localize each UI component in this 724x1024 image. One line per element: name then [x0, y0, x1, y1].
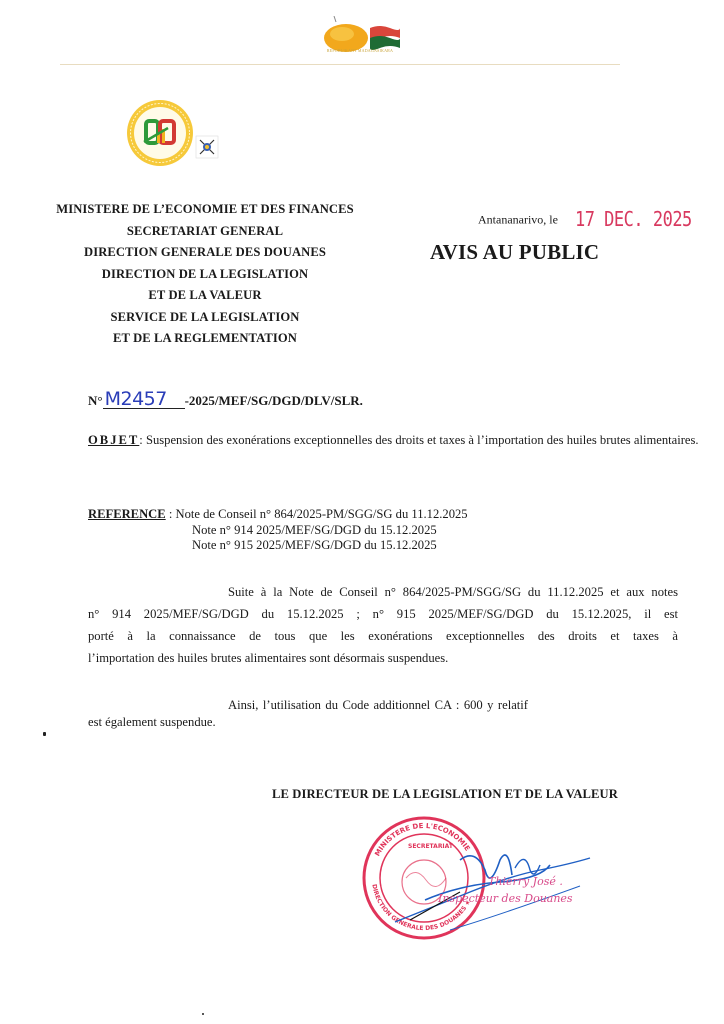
emblem-caption: REPOBLIKAN'I MADAGASIKARA	[300, 48, 420, 53]
signatory-title: LE DIRECTEUR DE LA LEGISLATION ET DE LA …	[272, 787, 618, 802]
objet-label: OBJET	[88, 433, 139, 447]
header-line-dgd: DIRECTION GENERALE DES DOUANES	[30, 242, 380, 264]
reference-label: REFERENCE	[88, 507, 166, 521]
signer-name: Thierry José .	[488, 875, 563, 888]
document-title: AVIS AU PUBLIC	[430, 240, 599, 265]
date-stamp: 17 DEC. 2025	[575, 208, 692, 232]
header-line-service: SERVICE DE LA LEGISLATION	[30, 307, 380, 329]
ref-handwritten-number: M2457	[103, 390, 185, 409]
reference-separator: :	[166, 507, 176, 521]
body-line: Suite à la Note de Conseil n° 864/2025-P…	[88, 581, 678, 603]
body-line: l’importation des huiles brutes alimenta…	[88, 647, 678, 669]
objet-separator: :	[139, 433, 146, 447]
scan-speck	[43, 732, 46, 736]
ref-prefix: N°	[88, 393, 103, 408]
reference-item: Note n° 915 2025/MEF/SG/DGD du 15.12.202…	[88, 538, 468, 554]
header-line-ministry: MINISTERE DE L’ECONOMIE ET DES FINANCES	[30, 199, 380, 221]
ref-suffix: -2025/MEF/SG/DGD/DLV/SLR.	[185, 393, 363, 408]
place-label: Antananarivo, le	[478, 213, 558, 227]
reference-item: Note de Conseil n° 864/2025-PM/SGG/SG du…	[175, 507, 467, 521]
objet-section: OBJET: Suspension des exonérations excep…	[88, 433, 724, 448]
signer-role: Inspecteur des Douanes	[438, 892, 573, 905]
header-line-direction: DIRECTION DE LA LEGISLATION	[30, 264, 380, 286]
header-line-service-cont: ET DE LA REGLEMENTATION	[30, 328, 380, 350]
body-line: n° 914 2025/MEF/SG/DGD du 15.12.2025 ; n…	[88, 603, 678, 625]
ministry-logo	[124, 98, 214, 166]
body-paragraph-1: Suite à la Note de Conseil n° 864/2025-P…	[88, 581, 678, 669]
issuing-authority-header: MINISTERE DE L’ECONOMIE ET DES FINANCES …	[30, 199, 380, 350]
body-paragraph-2: Ainsi, l’utilisation du Code additionnel…	[88, 697, 528, 731]
letterhead-divider	[60, 64, 620, 65]
references-section: REFERENCE : Note de Conseil n° 864/2025-…	[88, 507, 468, 554]
place-date: Antananarivo, le 17 DEC. 2025	[478, 210, 692, 230]
header-line-direction-cont: ET DE LA VALEUR	[30, 285, 380, 307]
objet-text: Suspension des exonérations exceptionnel…	[146, 433, 699, 447]
reference-item: Note n° 914 2025/MEF/SG/DGD du 15.12.202…	[88, 523, 468, 539]
scan-speck	[202, 1013, 204, 1015]
body-line: porté à la connaissance de tous que les …	[88, 625, 678, 647]
header-line-secretariat: SECRETARIAT GENERAL	[30, 221, 380, 243]
reference-number: N°M2457-2025/MEF/SG/DGD/DLV/SLR.	[88, 390, 363, 409]
